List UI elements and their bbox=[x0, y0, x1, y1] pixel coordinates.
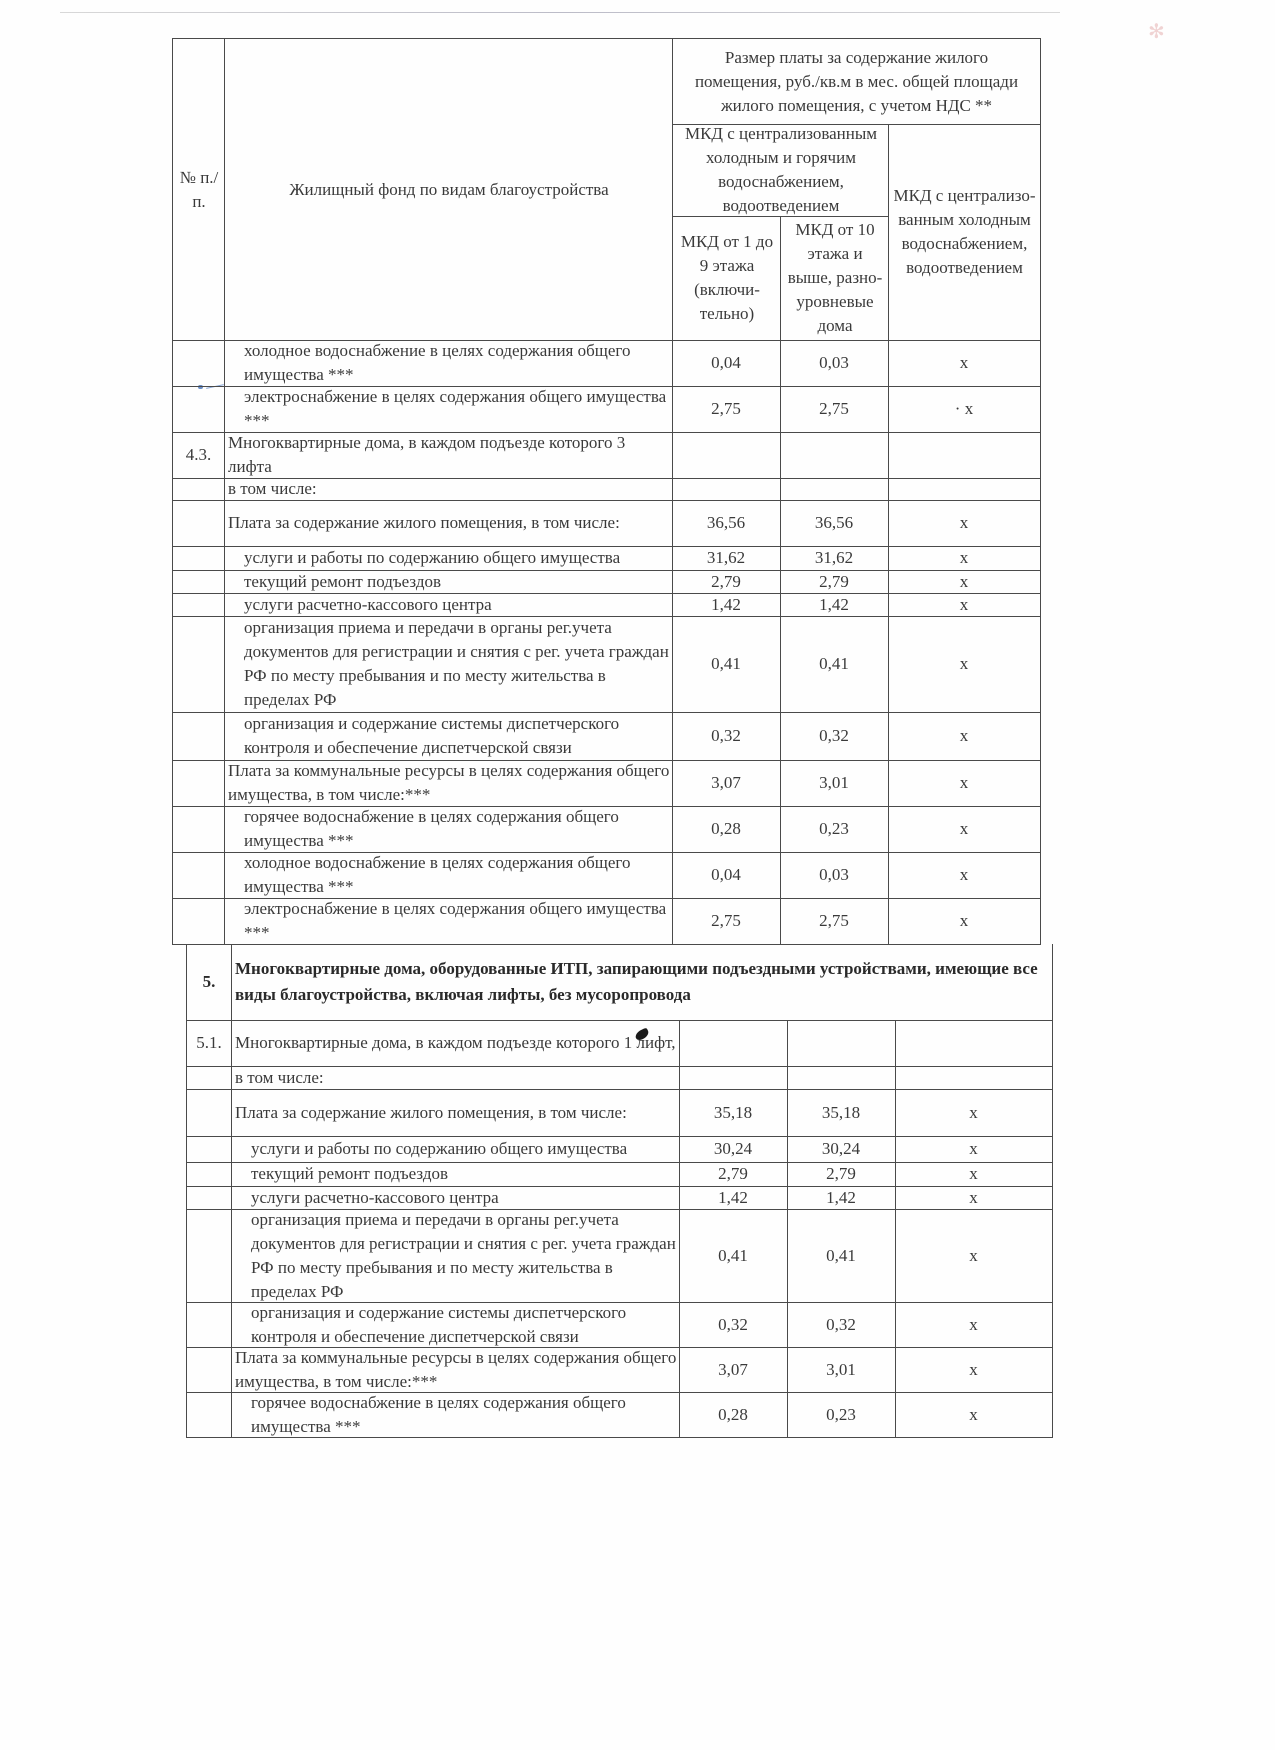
value-floors-10-plus-text: 31,62 bbox=[815, 546, 853, 570]
value-floors-10-plus-text: 3,01 bbox=[826, 1358, 856, 1382]
row-number bbox=[186, 1186, 232, 1210]
row-label-text: Плата за содержание жилого помещения, в … bbox=[228, 511, 620, 535]
value-cold-only: x bbox=[895, 1162, 1053, 1187]
value-floors-1-9-text: 31,62 bbox=[707, 546, 745, 570]
value-cold-only: x bbox=[888, 806, 1041, 853]
row-number-text: 5.1. bbox=[196, 1031, 222, 1055]
value-floors-1-9 bbox=[679, 1020, 788, 1067]
value-floors-10-plus: 30,24 bbox=[787, 1136, 896, 1163]
value-cold-only: x bbox=[888, 712, 1041, 761]
value-floors-10-plus-text: 1,42 bbox=[819, 593, 849, 617]
value-floors-10-plus: 36,56 bbox=[780, 500, 889, 547]
row-label: Многоквартирные дома, в каждом подъезде … bbox=[231, 1020, 680, 1067]
value-floors-1-9-text: 35,18 bbox=[714, 1101, 752, 1125]
row-label-text: Многоквартирные дома, в каждом подъезде … bbox=[235, 1031, 675, 1055]
row-label: электроснабжение в целях содержания обще… bbox=[224, 386, 673, 433]
row-label-text: горячее водоснабжение в целях содержания… bbox=[251, 1391, 677, 1439]
row-label: Плата за коммунальные ресурсы в целях со… bbox=[224, 760, 673, 807]
row-number: 5.1. bbox=[186, 1020, 232, 1067]
table-row: услуги расчетно-кассового центра1,421,42… bbox=[0, 593, 1275, 617]
row-label: Плата за коммунальные ресурсы в целях со… bbox=[231, 1347, 680, 1393]
value-floors-1-9: 35,18 bbox=[679, 1089, 788, 1137]
row-label: организация приема и передачи в органы р… bbox=[231, 1209, 680, 1303]
value-cold-only-text: x bbox=[969, 1358, 978, 1382]
value-floors-1-9-text: 0,04 bbox=[711, 863, 741, 887]
value-cold-only: x bbox=[888, 546, 1041, 571]
row-label: Плата за содержание жилого помещения, в … bbox=[231, 1089, 680, 1137]
value-floors-1-9: 0,41 bbox=[679, 1209, 788, 1303]
row-number-text: 4.3. bbox=[186, 443, 212, 467]
value-floors-1-9 bbox=[672, 432, 781, 479]
value-floors-10-plus-text: 0,23 bbox=[819, 817, 849, 841]
row-number bbox=[172, 616, 225, 713]
value-floors-10-plus-text: 2,79 bbox=[819, 570, 849, 594]
value-floors-10-plus: 0,03 bbox=[780, 340, 889, 387]
value-floors-1-9-text: 0,28 bbox=[711, 817, 741, 841]
value-floors-1-9: 0,04 bbox=[672, 340, 781, 387]
value-cold-only-text: x bbox=[960, 863, 969, 887]
value-floors-1-9-text: 0,28 bbox=[718, 1403, 748, 1427]
header-cold-only: МКД с централизо-ванным холодным водосна… bbox=[888, 124, 1041, 341]
table-row: организация приема и передачи в органы р… bbox=[0, 1209, 1275, 1303]
value-cold-only: x bbox=[895, 1209, 1053, 1303]
value-cold-only-text: x bbox=[960, 546, 969, 570]
value-cold-only-text: x bbox=[969, 1162, 978, 1186]
value-floors-10-plus-text: 0,03 bbox=[819, 351, 849, 375]
value-floors-10-plus: 31,62 bbox=[780, 546, 889, 571]
value-cold-only-text: x bbox=[969, 1403, 978, 1427]
value-floors-10-plus: 0,23 bbox=[780, 806, 889, 853]
value-cold-only: x bbox=[888, 898, 1041, 945]
value-floors-1-9-text: 0,04 bbox=[711, 351, 741, 375]
row-label-text: организация приема и передачи в органы р… bbox=[244, 616, 670, 712]
value-cold-only-text: x bbox=[969, 1244, 978, 1268]
row-number bbox=[172, 806, 225, 853]
value-floors-10-plus-text: 2,75 bbox=[819, 397, 849, 421]
section-title: Многоквартирные дома, оборудованные ИТП,… bbox=[231, 944, 1053, 1021]
value-floors-1-9: 0,41 bbox=[672, 616, 781, 713]
row-number bbox=[172, 712, 225, 761]
value-cold-only: x bbox=[895, 1302, 1053, 1348]
value-cold-only-text: x bbox=[960, 909, 969, 933]
value-cold-only-text: · x bbox=[955, 397, 973, 421]
value-floors-1-9: 36,56 bbox=[672, 500, 781, 547]
value-cold-only-text: x bbox=[960, 817, 969, 841]
value-floors-1-9-text: 3,07 bbox=[718, 1358, 748, 1382]
value-cold-only bbox=[895, 1066, 1053, 1090]
row-number bbox=[186, 1302, 232, 1348]
row-label: услуги расчетно-кассового центра bbox=[224, 593, 673, 617]
value-cold-only-text: x bbox=[960, 511, 969, 535]
table-row: организация и содержание системы диспетч… bbox=[0, 712, 1275, 761]
value-floors-1-9-text: 2,79 bbox=[718, 1162, 748, 1186]
table-row: Плата за содержание жилого помещения, в … bbox=[0, 1089, 1275, 1137]
row-label: холодное водоснабжение в целях содержани… bbox=[224, 852, 673, 899]
row-label-text: текущий ремонт подъездов bbox=[251, 1162, 448, 1186]
value-floors-1-9: 3,07 bbox=[679, 1347, 788, 1393]
value-floors-10-plus-text: 0,03 bbox=[819, 863, 849, 887]
value-cold-only: x bbox=[895, 1136, 1053, 1163]
value-cold-only: x bbox=[888, 340, 1041, 387]
header-floors-10-plus: МКД от 10 этажа и выше, разно-уровневые … bbox=[780, 216, 889, 341]
value-floors-1-9-text: 0,41 bbox=[718, 1244, 748, 1268]
table-row: Плата за коммунальные ресурсы в целях со… bbox=[0, 1347, 1275, 1393]
value-cold-only-text: x bbox=[969, 1101, 978, 1125]
scan-edge-line bbox=[60, 12, 1060, 13]
value-floors-10-plus-text: 3,01 bbox=[819, 771, 849, 795]
value-floors-1-9: 2,79 bbox=[672, 570, 781, 594]
header-floors-1-9: МКД от 1 до 9 этажа (включи-тельно) bbox=[672, 216, 781, 341]
value-cold-only: x bbox=[895, 1392, 1053, 1438]
value-floors-1-9: 1,42 bbox=[672, 593, 781, 617]
value-cold-only-text: x bbox=[960, 570, 969, 594]
row-label: услуги и работы по содержанию общего иму… bbox=[224, 546, 673, 571]
row-number bbox=[172, 570, 225, 594]
table-row: организация и содержание системы диспетч… bbox=[0, 1302, 1275, 1348]
value-floors-10-plus: 0,32 bbox=[787, 1302, 896, 1348]
value-floors-1-9 bbox=[679, 1066, 788, 1090]
value-cold-only-text: x bbox=[960, 593, 969, 617]
value-floors-10-plus-text: 0,32 bbox=[826, 1313, 856, 1337]
row-number bbox=[186, 1209, 232, 1303]
section-number: 5. bbox=[186, 944, 232, 1021]
value-floors-1-9: 0,04 bbox=[672, 852, 781, 899]
value-floors-10-plus: 1,42 bbox=[787, 1186, 896, 1210]
value-floors-10-plus: 0,41 bbox=[780, 616, 889, 713]
value-floors-10-plus: 2,75 bbox=[780, 898, 889, 945]
value-floors-1-9: 0,32 bbox=[679, 1302, 788, 1348]
row-label: холодное водоснабжение в целях содержани… bbox=[224, 340, 673, 387]
value-floors-10-plus-text: 0,41 bbox=[826, 1244, 856, 1268]
row-label: организация и содержание системы диспетч… bbox=[231, 1302, 680, 1348]
row-label-text: текущий ремонт подъездов bbox=[244, 570, 441, 594]
value-floors-1-9: 0,28 bbox=[679, 1392, 788, 1438]
value-floors-10-plus: 2,75 bbox=[780, 386, 889, 433]
row-number bbox=[186, 1089, 232, 1137]
row-number bbox=[172, 593, 225, 617]
stamp-smudge-icon: ✻ bbox=[1148, 22, 1172, 50]
table-row: электроснабжение в целях содержания обще… bbox=[0, 386, 1275, 433]
value-cold-only: x bbox=[895, 1186, 1053, 1210]
row-label-text: организация и содержание системы диспетч… bbox=[251, 1301, 677, 1349]
row-label: Многоквартирные дома, в каждом подъезде … bbox=[224, 432, 673, 479]
value-floors-1-9 bbox=[672, 478, 781, 501]
value-floors-1-9-text: 1,42 bbox=[711, 593, 741, 617]
value-cold-only: x bbox=[888, 852, 1041, 899]
value-cold-only: x bbox=[888, 616, 1041, 713]
value-cold-only-text: x bbox=[969, 1186, 978, 1210]
row-label: горячее водоснабжение в целях содержания… bbox=[224, 806, 673, 853]
value-floors-1-9: 0,28 bbox=[672, 806, 781, 853]
table-row: горячее водоснабжение в целях содержания… bbox=[0, 1392, 1275, 1438]
row-label-text: горячее водоснабжение в целях содержания… bbox=[244, 805, 670, 853]
table-row: услуги и работы по содержанию общего иму… bbox=[0, 546, 1275, 571]
value-floors-10-plus: 0,32 bbox=[780, 712, 889, 761]
value-floors-10-plus-text: 0,32 bbox=[819, 724, 849, 748]
row-label-text: услуги и работы по содержанию общего иму… bbox=[251, 1137, 627, 1161]
row-number bbox=[172, 852, 225, 899]
table-row: электроснабжение в целях содержания обще… bbox=[0, 898, 1275, 945]
row-label-text: организация и содержание системы диспетч… bbox=[244, 712, 670, 760]
value-floors-1-9: 2,75 bbox=[672, 386, 781, 433]
row-number bbox=[172, 340, 225, 387]
value-floors-10-plus-text: 35,18 bbox=[822, 1101, 860, 1125]
value-floors-10-plus-text: 1,42 bbox=[826, 1186, 856, 1210]
value-floors-1-9-text: 3,07 bbox=[711, 771, 741, 795]
value-floors-10-plus bbox=[780, 432, 889, 479]
value-cold-only-text: x bbox=[960, 771, 969, 795]
value-floors-1-9-text: 2,75 bbox=[711, 909, 741, 933]
value-cold-only bbox=[888, 478, 1041, 501]
value-floors-1-9: 2,75 bbox=[672, 898, 781, 945]
row-label-text: в том числе: bbox=[235, 1066, 324, 1090]
value-floors-10-plus-text: 36,56 bbox=[815, 511, 853, 535]
row-label: в том числе: bbox=[231, 1066, 680, 1090]
value-cold-only bbox=[895, 1020, 1053, 1067]
row-label-text: Плата за коммунальные ресурсы в целях со… bbox=[228, 759, 670, 807]
value-floors-1-9-text: 2,79 bbox=[711, 570, 741, 594]
value-floors-10-plus-text: 30,24 bbox=[822, 1137, 860, 1161]
table-row: услуги и работы по содержанию общего иму… bbox=[0, 1136, 1275, 1163]
table-row: 4.3.Многоквартирные дома, в каждом подъе… bbox=[0, 432, 1275, 479]
table-row: Плата за коммунальные ресурсы в целях со… bbox=[0, 760, 1275, 807]
header-num-col: № п./п. bbox=[172, 38, 225, 341]
value-floors-10-plus-text: 2,79 bbox=[826, 1162, 856, 1186]
row-label: горячее водоснабжение в целях содержания… bbox=[231, 1392, 680, 1438]
row-number bbox=[172, 386, 225, 433]
value-floors-1-9-text: 0,32 bbox=[711, 724, 741, 748]
value-floors-1-9-text: 2,75 bbox=[711, 397, 741, 421]
value-floors-1-9: 0,32 bbox=[672, 712, 781, 761]
row-number bbox=[186, 1136, 232, 1163]
row-label: организация и содержание системы диспетч… bbox=[224, 712, 673, 761]
value-cold-only: x bbox=[888, 500, 1041, 547]
row-label-text: услуги расчетно-кассового центра bbox=[251, 1186, 499, 1210]
value-cold-only-text: x bbox=[969, 1313, 978, 1337]
value-floors-10-plus bbox=[787, 1066, 896, 1090]
row-label: Плата за содержание жилого помещения, в … bbox=[224, 500, 673, 547]
value-cold-only: x bbox=[888, 593, 1041, 617]
row-label-text: Многоквартирные дома, в каждом подъезде … bbox=[228, 431, 670, 479]
value-floors-10-plus: 2,79 bbox=[780, 570, 889, 594]
row-label: электроснабжение в целях содержания обще… bbox=[224, 898, 673, 945]
value-floors-10-plus: 1,42 bbox=[780, 593, 889, 617]
row-label-text: холодное водоснабжение в целях содержани… bbox=[244, 851, 670, 899]
table-row: в том числе: bbox=[0, 1066, 1275, 1090]
table-row: Плата за содержание жилого помещения, в … bbox=[0, 500, 1275, 547]
value-cold-only bbox=[888, 432, 1041, 479]
row-label-text: Плата за содержание жилого помещения, в … bbox=[235, 1101, 627, 1125]
row-number bbox=[172, 898, 225, 945]
table-row: холодное водоснабжение в целях содержани… bbox=[0, 852, 1275, 899]
value-floors-1-9-text: 30,24 bbox=[714, 1137, 752, 1161]
value-floors-10-plus: 35,18 bbox=[787, 1089, 896, 1137]
row-number bbox=[172, 478, 225, 501]
value-floors-10-plus: 0,41 bbox=[787, 1209, 896, 1303]
value-floors-1-9: 30,24 bbox=[679, 1136, 788, 1163]
row-number bbox=[172, 760, 225, 807]
row-label: текущий ремонт подъездов bbox=[224, 570, 673, 594]
row-label-text: электроснабжение в целях содержания обще… bbox=[244, 385, 670, 433]
table-row: холодное водоснабжение в целях содержани… bbox=[0, 340, 1275, 387]
value-floors-10-plus bbox=[787, 1020, 896, 1067]
value-floors-10-plus-text: 2,75 bbox=[819, 909, 849, 933]
table-row: текущий ремонт подъездов2,792,79x bbox=[0, 1162, 1275, 1187]
value-floors-10-plus: 2,79 bbox=[787, 1162, 896, 1187]
row-number bbox=[172, 546, 225, 571]
table-row: услуги расчетно-кассового центра1,421,42… bbox=[0, 1186, 1275, 1210]
section-row: 5. Многоквартирные дома, оборудованные И… bbox=[0, 944, 1275, 1021]
row-number: 4.3. bbox=[172, 432, 225, 479]
row-label: услуги расчетно-кассового центра bbox=[231, 1186, 680, 1210]
table-row: текущий ремонт подъездов2,792,79x bbox=[0, 570, 1275, 594]
row-label-text: организация приема и передачи в органы р… bbox=[251, 1208, 677, 1304]
value-floors-10-plus: 0,03 bbox=[780, 852, 889, 899]
value-cold-only: x bbox=[895, 1347, 1053, 1393]
row-label-text: услуги расчетно-кассового центра bbox=[244, 593, 492, 617]
value-floors-1-9-text: 1,42 bbox=[718, 1186, 748, 1210]
table-row: 5.1.Многоквартирные дома, в каждом подъе… bbox=[0, 1020, 1275, 1067]
value-floors-10-plus-text: 0,41 bbox=[819, 652, 849, 676]
value-floors-10-plus: 0,23 bbox=[787, 1392, 896, 1438]
row-number bbox=[186, 1162, 232, 1187]
table-row: в том числе: bbox=[0, 478, 1275, 501]
row-label-text: электроснабжение в целях содержания обще… bbox=[244, 897, 670, 945]
value-floors-10-plus: 3,01 bbox=[787, 1347, 896, 1393]
row-label: услуги и работы по содержанию общего иму… bbox=[231, 1136, 680, 1163]
value-cold-only: x bbox=[888, 570, 1041, 594]
row-number bbox=[186, 1347, 232, 1393]
row-label: в том числе: bbox=[224, 478, 673, 501]
value-cold-only-text: x bbox=[960, 724, 969, 748]
value-floors-1-9-text: 36,56 bbox=[707, 511, 745, 535]
header-fee-group: Размер платы за содержание жилого помеще… bbox=[672, 38, 1041, 125]
value-cold-only-text: x bbox=[969, 1137, 978, 1161]
row-label-text: в том числе: bbox=[228, 477, 317, 501]
table-row: горячее водоснабжение в целях содержания… bbox=[0, 806, 1275, 853]
header-fund-col: Жилищный фонд по видам благоустройства bbox=[224, 38, 673, 341]
value-cold-only: x bbox=[888, 760, 1041, 807]
table-row: организация приема и передачи в органы р… bbox=[0, 616, 1275, 713]
value-floors-1-9-text: 0,32 bbox=[718, 1313, 748, 1337]
value-floors-1-9: 1,42 bbox=[679, 1186, 788, 1210]
row-label-text: Плата за коммунальные ресурсы в целях со… bbox=[235, 1346, 677, 1394]
value-cold-only: · x bbox=[888, 386, 1041, 433]
value-floors-10-plus bbox=[780, 478, 889, 501]
row-number bbox=[186, 1392, 232, 1438]
value-floors-1-9: 3,07 bbox=[672, 760, 781, 807]
row-label: текущий ремонт подъездов bbox=[231, 1162, 680, 1187]
row-label-text: услуги и работы по содержанию общего иму… bbox=[244, 546, 620, 570]
header-hot-cold-group: МКД с централизованным холодным и горячи… bbox=[672, 124, 889, 217]
row-label: организация приема и передачи в органы р… bbox=[224, 616, 673, 713]
value-floors-1-9-text: 0,41 bbox=[711, 652, 741, 676]
value-cold-only-text: x bbox=[960, 351, 969, 375]
value-floors-10-plus-text: 0,23 bbox=[826, 1403, 856, 1427]
row-number bbox=[186, 1066, 232, 1090]
value-floors-10-plus: 3,01 bbox=[780, 760, 889, 807]
value-cold-only-text: x bbox=[960, 652, 969, 676]
row-number bbox=[172, 500, 225, 547]
row-label-text: холодное водоснабжение в целях содержани… bbox=[244, 339, 670, 387]
value-floors-1-9: 31,62 bbox=[672, 546, 781, 571]
value-floors-1-9: 2,79 bbox=[679, 1162, 788, 1187]
value-cold-only: x bbox=[895, 1089, 1053, 1137]
